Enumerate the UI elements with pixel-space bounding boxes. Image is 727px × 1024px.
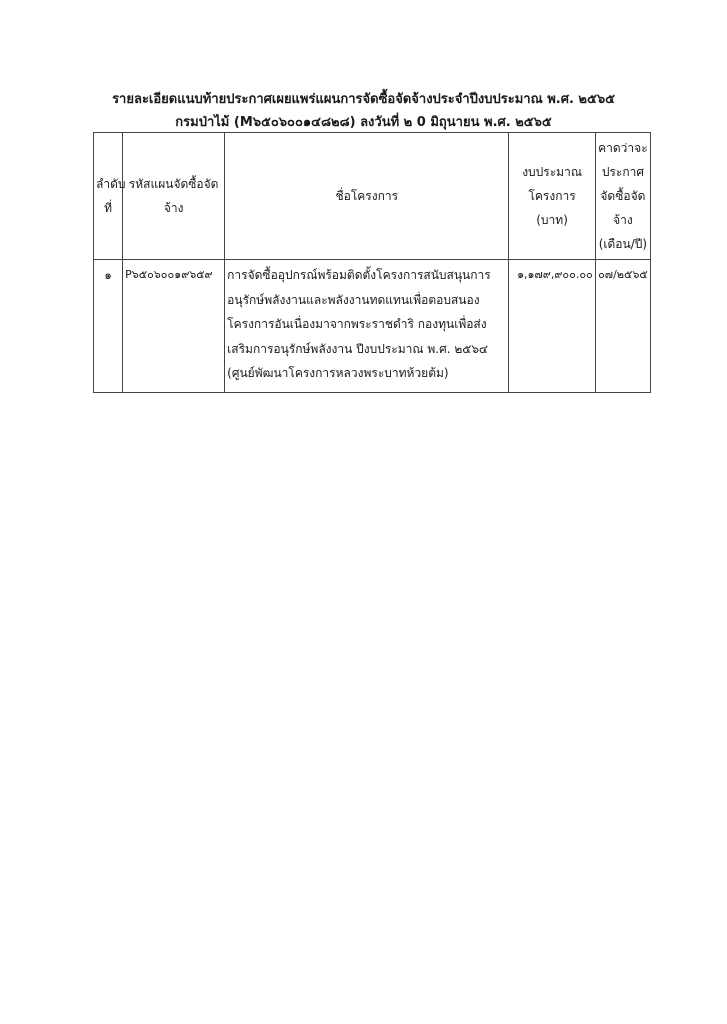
header-expected-month: คาดว่าจะ ประกาศ จัดซื้อจัด จ้าง (เดือน/ป… [595, 133, 650, 260]
row-project-name: การจัดซื้ออุปกรณ์พร้อมติดตั้งโครงการสนับ… [225, 260, 509, 393]
header-budget: งบประมาณ โครงการ (บาท) [509, 133, 595, 260]
row-plan-code: P๖๕๐๖๐๐๑๙๖๕๙ [123, 260, 225, 393]
header-sequence-no: ลำดับ ที่ [94, 133, 123, 260]
table-header-row: ลำดับ ที่ รหัสแผนจัดซื้อจัด จ้าง ชื่อโคร… [94, 133, 651, 260]
row-sequence-no: ๑ [94, 260, 123, 393]
document-subtitle: กรมป่าไม้ (M๖๕๐๖๐๐๑๔๘๒๘) ลงวันที่ ๒ 0 มิ… [0, 111, 727, 132]
row-expected-month: ๐๗/๒๕๖๕ [595, 260, 650, 393]
header-plan-code: รหัสแผนจัดซื้อจัด จ้าง [123, 133, 225, 260]
row-budget: ๑,๑๗๙,๙๐๐.๐๐ [509, 260, 595, 393]
table-row: ๑ P๖๕๐๖๐๐๑๙๖๕๙ การจัดซื้ออุปกรณ์พร้อมติด… [94, 260, 651, 393]
header-project-name: ชื่อโครงการ [225, 133, 509, 260]
procurement-plan-table: ลำดับ ที่ รหัสแผนจัดซื้อจัด จ้าง ชื่อโคร… [93, 132, 651, 393]
document-title: รายละเอียดแนบท้ายประกาศเผยแพร่แผนการจัดซ… [0, 88, 727, 109]
